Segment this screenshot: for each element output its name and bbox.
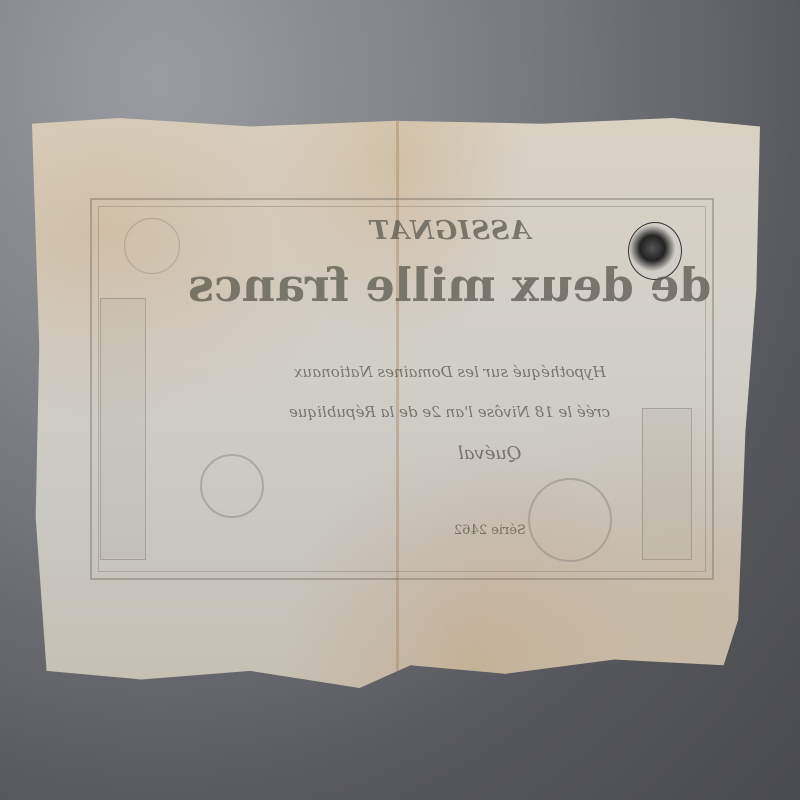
signature-text: Quéval bbox=[458, 443, 522, 464]
denomination: de deux mille francs bbox=[170, 258, 730, 312]
mortgage-line: Hypothéqué sur les Domaines Nationaux bbox=[180, 363, 720, 381]
series: Série 2462 bbox=[430, 523, 550, 538]
heading-assignat: ASSIGNAT bbox=[350, 216, 550, 246]
heading-text: ASSIGNAT bbox=[369, 216, 530, 246]
signature: Quéval bbox=[450, 443, 530, 464]
mortgage-text: Hypothéqué sur les Domaines Nationaux bbox=[294, 363, 606, 381]
creation-text: créé le 18 Nivôse l'an 2e de la Républiq… bbox=[289, 403, 610, 421]
creation-line: créé le 18 Nivôse l'an 2e de la Républiq… bbox=[220, 403, 680, 421]
series-label: Série bbox=[491, 523, 526, 538]
banknote-paper: ASSIGNAT de deux mille francs Hypothéqué… bbox=[32, 118, 760, 688]
series-number: 2462 bbox=[454, 523, 487, 538]
denomination-text: de deux mille francs bbox=[188, 258, 711, 312]
